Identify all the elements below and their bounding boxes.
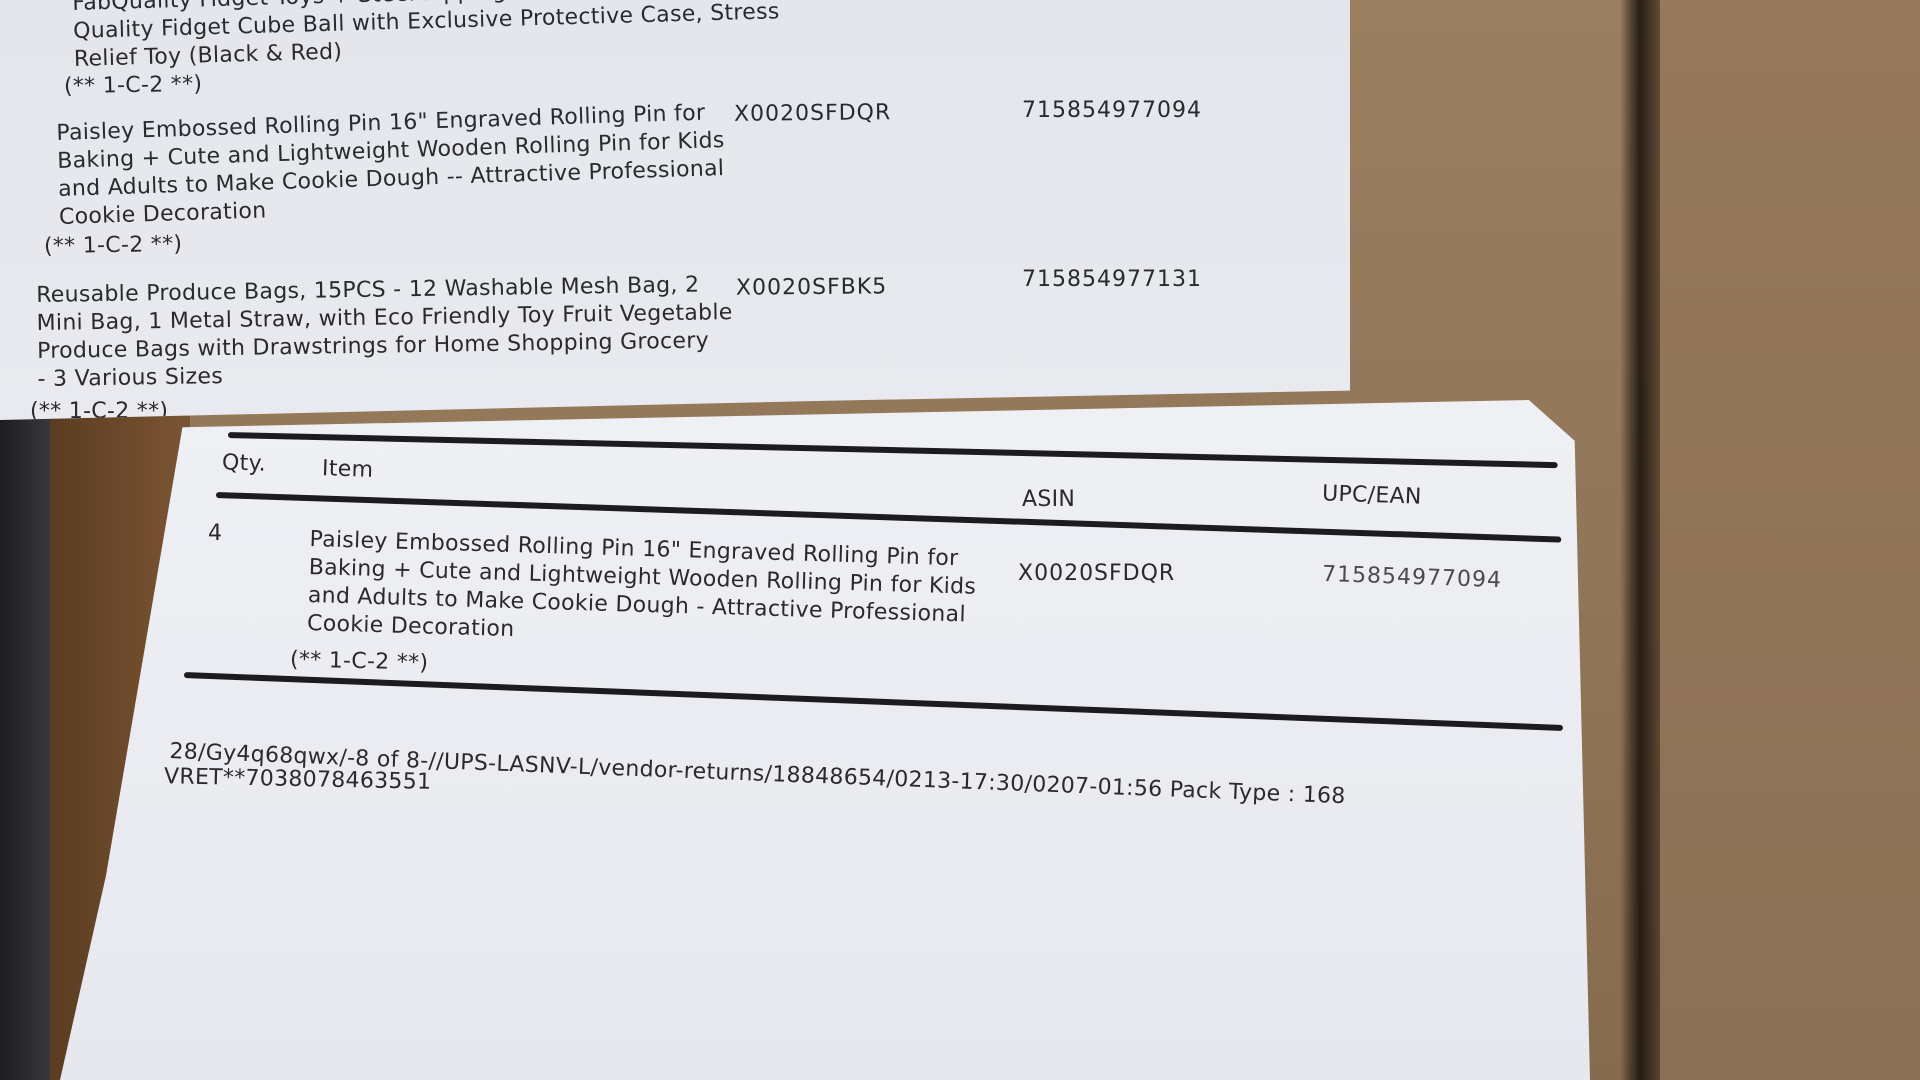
vret-code: VRET**7038078463551 bbox=[164, 763, 432, 797]
cardboard-flap bbox=[1660, 0, 1920, 1080]
item-description: FabQuality Fidget Toys + Steel flipping … bbox=[72, 0, 781, 74]
row-item-location: (** 1-C-2 **) bbox=[290, 646, 429, 678]
item-description: Paisley Embossed Rolling Pin 16" Engrave… bbox=[56, 99, 727, 232]
column-header-item: Item bbox=[322, 455, 374, 485]
column-header-qty: Qty. bbox=[222, 449, 267, 479]
item-location: (** 1-C-2 **) bbox=[44, 231, 183, 261]
item-description: Reusable Produce Bags, 15PCS - 12 Washab… bbox=[36, 271, 734, 394]
plastic-wrap bbox=[0, 410, 55, 1080]
item-upc: 715854977131 bbox=[1022, 266, 1202, 294]
column-header-upc: UPC/EAN bbox=[1322, 480, 1423, 511]
item-location: (** 1-C-2 **) bbox=[64, 71, 203, 101]
item-asin: X0020SFDQR bbox=[734, 99, 892, 129]
item-upc: 715854977094 bbox=[1022, 97, 1202, 125]
row-asin: X0020SFDQR bbox=[1018, 560, 1175, 588]
row-qty: 4 bbox=[208, 520, 222, 548]
item-asin: X0020SFBK5 bbox=[736, 273, 887, 302]
row-item-description: Paisley Embossed Rolling Pin 16" Engrave… bbox=[307, 526, 978, 658]
packing-slip-top: FabQuality Fidget Toys + Steel flipping … bbox=[0, 0, 1350, 420]
column-header-asin: ASIN bbox=[1022, 486, 1075, 514]
